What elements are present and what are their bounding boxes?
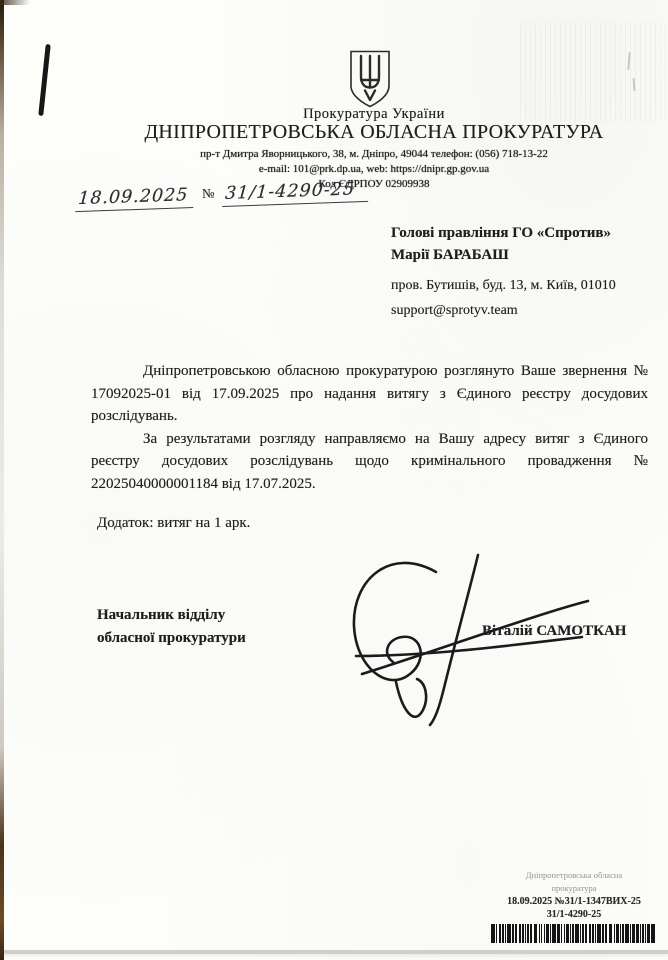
barcode <box>491 924 657 943</box>
signer-position: Начальник відділу обласної прокуратури <box>97 604 246 650</box>
handwritten-date: 18.09.2025 <box>75 185 195 212</box>
org-address-line: пр-т Дмитра Яворницького, 38, м. Дніпро,… <box>80 148 668 160</box>
ukraine-trident-emblem <box>347 49 393 109</box>
stamp-doc-number: 31/1-4290-25 <box>488 908 660 921</box>
scan-left-edge <box>0 0 4 960</box>
handwritten-number: 31/1-4290-25 <box>222 179 369 207</box>
scan-top-edge <box>0 0 30 5</box>
recipient-block: Голові правління ГО «Спротив» Марії БАРА… <box>391 222 651 319</box>
org-contact-line: e-mail: 101@prk.dp.ua, web: https://dnip… <box>80 163 668 175</box>
signer-name: Віталій САМОТКАН <box>482 623 626 640</box>
number-sign: № <box>202 185 215 201</box>
letter-body: Дніпропетровською обласною прокуратурою … <box>91 360 648 495</box>
recipient-title: Голові правління ГО «Спротив» <box>391 222 651 244</box>
registration-stamp: Дніпропетровська обласна прокуратура 18.… <box>488 869 660 943</box>
scan-bottom-edge <box>0 950 668 954</box>
body-paragraph-2: За результатами розгляду направляємо на … <box>91 428 648 496</box>
handwritten-signature <box>332 552 642 730</box>
scanned-letter-page: Прокуратура України ДНІПРОПЕТРОВСЬКА ОБЛ… <box>0 0 668 960</box>
stamp-org-line1: Дніпропетровська обласна <box>488 869 660 882</box>
attachment-note: Додаток: витяг на 1 арк. <box>97 515 250 532</box>
signer-position-line2: обласної прокуратури <box>97 627 246 650</box>
pen-mark <box>38 44 50 116</box>
stamp-org-line2: прокуратура <box>488 882 660 895</box>
org-name-title: ДНІПРОПЕТРОВСЬКА ОБЛАСНА ПРОКУРАТУРА <box>80 121 668 144</box>
recipient-email: support@sprotyv.team <box>391 303 651 319</box>
stamp-registration-line: 18.09.2025 №31/1-1347ВИХ-25 <box>488 895 660 908</box>
signer-position-line1: Начальник відділу <box>97 604 246 627</box>
body-paragraph-1: Дніпропетровською обласною прокуратурою … <box>91 360 648 428</box>
recipient-address: пров. Бутишів, буд. 13, м. Київ, 01010 <box>391 278 651 294</box>
recipient-name: Марії БАРАБАШ <box>391 244 651 266</box>
